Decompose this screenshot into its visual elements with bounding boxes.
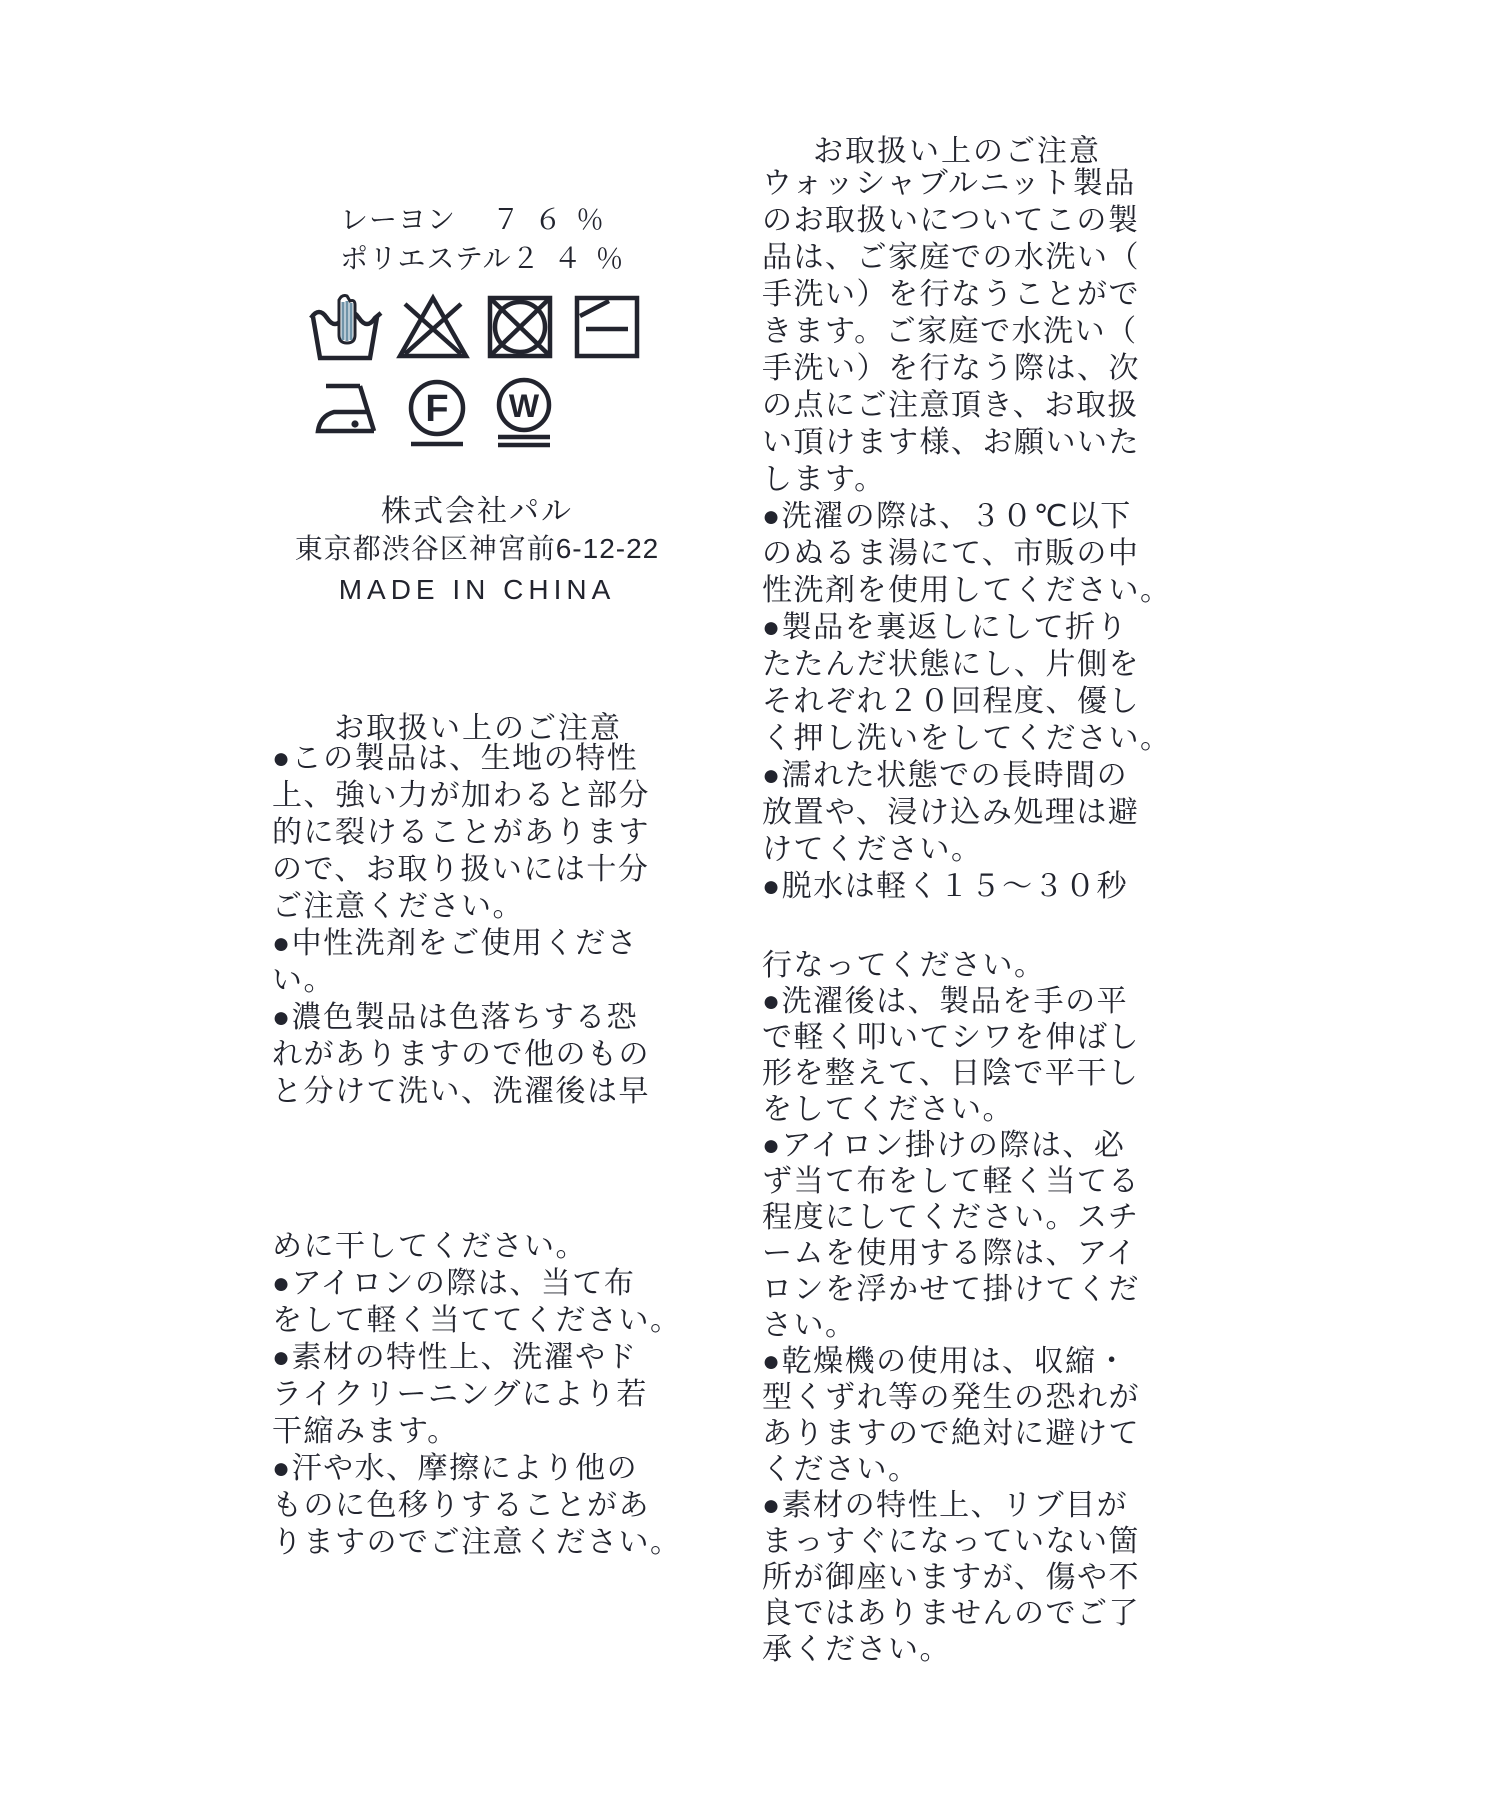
composition-row: レーヨン ７６％ xyxy=(340,200,638,239)
material-name: レーヨン xyxy=(340,200,492,239)
composition-row: ポリエステル ２４％ xyxy=(340,239,638,278)
wet-clean-letter: W xyxy=(509,388,540,424)
manufacturer-address: 東京都渋谷区神宮前6-12-22 xyxy=(272,527,682,567)
manufacturer-name: 株式会社パル xyxy=(272,486,682,530)
dry-clean-letter: F xyxy=(425,388,448,430)
iron-low-heat-icon xyxy=(310,374,390,450)
country-of-origin: MADE IN CHINA xyxy=(272,574,682,606)
composition-table: レーヨン ７６％ ポリエステル ２４％ xyxy=(340,200,638,278)
right-notes-block-1: ウォッシャブルニット製品 のお取扱いについてこの製 品は、ご家庭での水洗い（ 手… xyxy=(762,165,1222,905)
no-tumble-dry-icon xyxy=(480,290,560,366)
right-notes-title: お取扱い上のご注意 xyxy=(762,126,1152,170)
dry-clean-petroleum-gentle-icon: F xyxy=(397,374,477,450)
material-percent: ２４％ xyxy=(511,239,637,278)
flat-dry-in-shade-icon xyxy=(567,290,647,366)
hand-wash-icon xyxy=(306,290,386,366)
material-percent: ７６％ xyxy=(492,200,618,239)
care-label-sheet: レーヨン ７６％ ポリエステル ２４％ xyxy=(0,0,1500,1800)
care-symbols-row-1 xyxy=(306,290,647,366)
material-name: ポリエステル xyxy=(340,239,511,278)
no-bleach-icon xyxy=(393,290,473,366)
left-notes-block-2: めに干してください。 ●アイロンの際は、当て布 をして軽く当ててください。 ●素… xyxy=(272,1228,732,1561)
wet-clean-very-gentle-icon: W xyxy=(484,374,564,450)
left-notes-block-1: ●この製品は、生地の特性 上、強い力が加わると部分 的に裂けることがあります の… xyxy=(272,740,732,1110)
care-symbols-row-2: F W xyxy=(310,374,564,450)
right-notes-block-2: 行なってください。 ●洗濯後は、製品を手の平 で軽く叩いてシワを伸ばし 形を整え… xyxy=(762,948,1222,1668)
